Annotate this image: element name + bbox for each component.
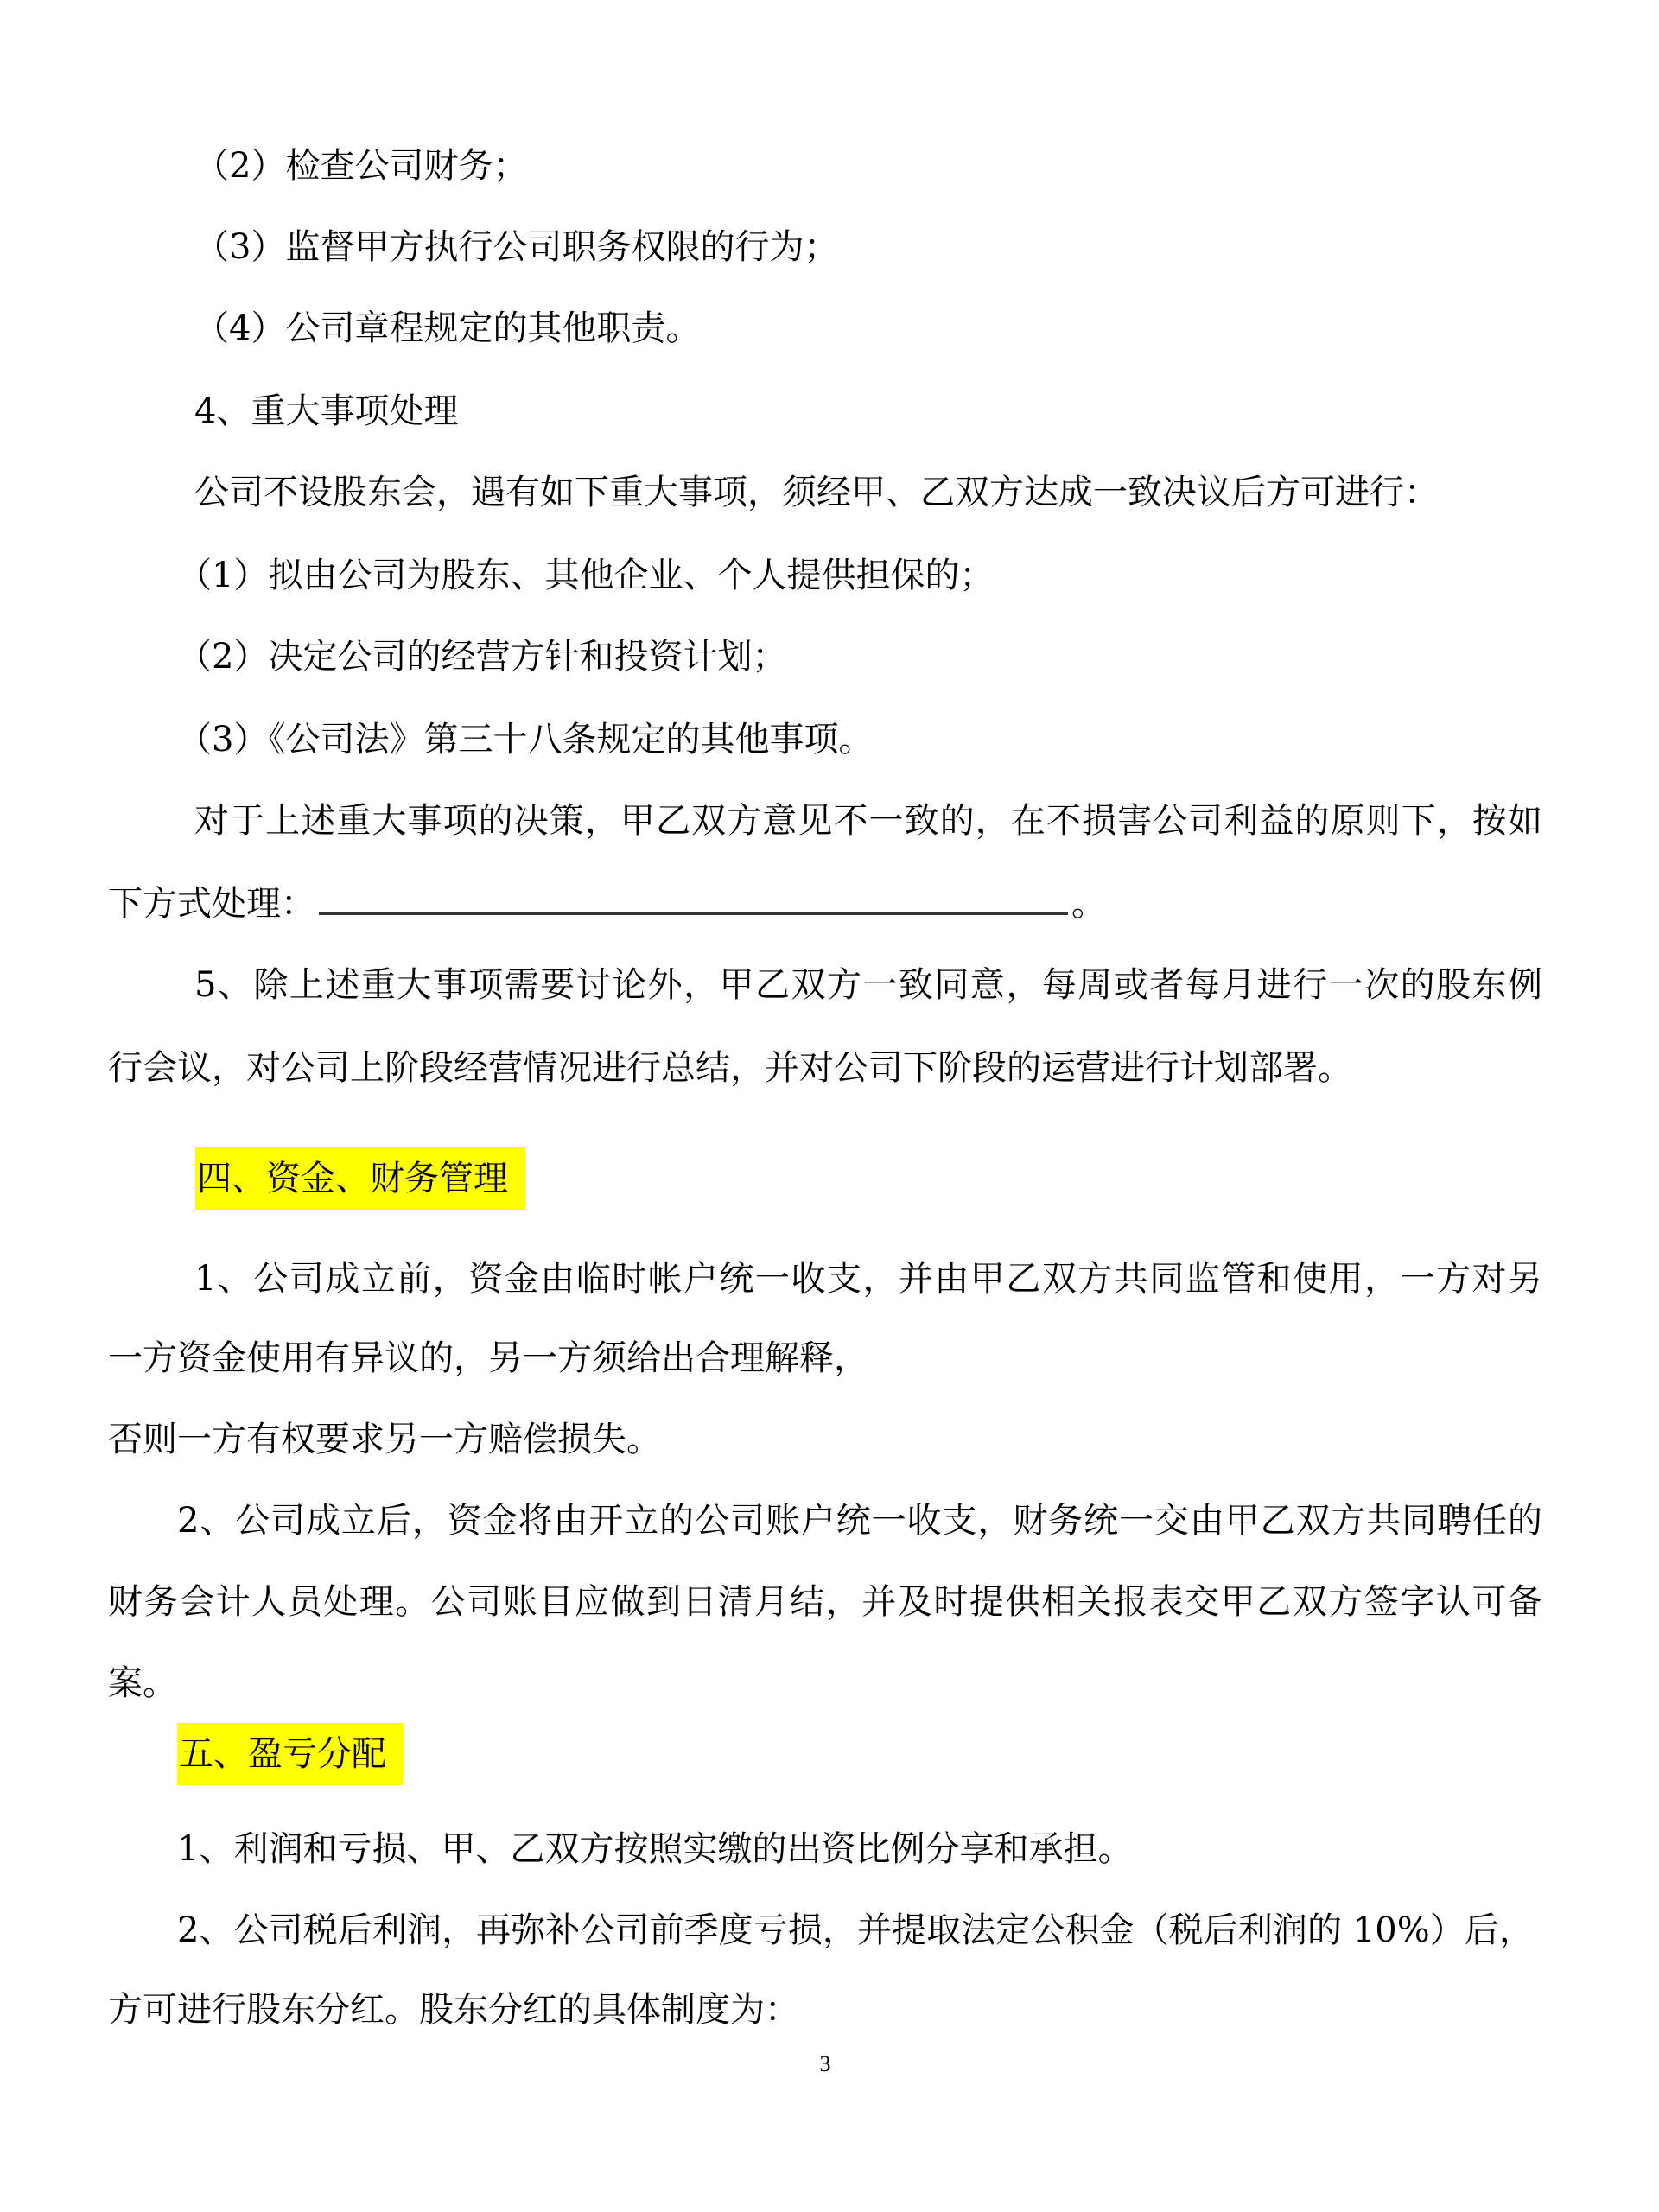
paragraph-text: 。 xyxy=(1071,884,1106,924)
list-item: （2）决定公司的经营方针和投资计划； xyxy=(177,636,786,677)
paragraph-line: 案。 xyxy=(108,1662,177,1704)
paragraph-line: （4）公司章程规定的其他职责。 xyxy=(194,308,700,349)
highlighted-heading: 五、盈亏分配 xyxy=(177,1723,404,1785)
paragraph-line: 否则一方有权要求另一方赔偿损失。 xyxy=(108,1419,661,1460)
paragraph-line: 2、公司税后利润，再弥补公司前季度亏损，并提取法定公积金（税后利润的 10%）后… xyxy=(177,1910,1534,1951)
paragraph-line: 公司不设股东会，遇有如下重大事项，须经甲、乙双方达成一致决议后方可进行： xyxy=(194,472,1439,513)
section-heading: 五、盈亏分配 xyxy=(177,1733,404,1775)
subsection-heading: 4、重大事项处理 xyxy=(194,391,458,432)
list-item: （3）《公司法》第三十八条规定的其他事项。 xyxy=(177,719,873,760)
paragraph-text: 下方式处理： xyxy=(108,884,315,924)
paragraph-line: 对于上述重大事项的决策，甲乙双方意见不一致的，在不损害公司利益的原则下，按如 xyxy=(194,800,1542,842)
section-heading: 四、资金、财务管理 xyxy=(195,1158,525,1199)
paragraph-line: 下方式处理：。 xyxy=(108,881,1106,925)
paragraph-line: （2）检查公司财务； xyxy=(194,145,527,187)
highlighted-heading: 四、资金、财务管理 xyxy=(195,1147,525,1210)
paragraph-line: 2、公司成立后，资金将由开立的公司账户统一收支，财务统一交由甲乙双方共同聘任的 xyxy=(177,1500,1542,1541)
paragraph-line: 方可进行股东分红。股东分红的具体制度为： xyxy=(108,1989,799,2031)
paragraph-line: （3）监督甲方执行公司职务权限的行为； xyxy=(194,226,838,268)
fill-in-blank[interactable] xyxy=(319,881,1068,915)
paragraph-line: 1、利润和亏损、甲、乙双方按照实缴的出资比例分享和承担。 xyxy=(177,1828,1132,1870)
list-item: （1）拟由公司为股东、其他企业、个人提供担保的； xyxy=(177,555,994,596)
paragraph-line: 1、公司成立前，资金由临时帐户统一收支，并由甲乙双方共同监管和使用，一方对另 xyxy=(194,1258,1542,1300)
paragraph-line: 5、除上述重大事项需要讨论外，甲乙双方一致同意，每周或者每月进行一次的股东例 xyxy=(194,964,1542,1006)
paragraph-line: 财务会计人员处理。公司账目应做到日清月结，并及时提供相关报表交甲乙双方签字认可备 xyxy=(108,1581,1542,1623)
page-number: 3 xyxy=(0,2051,1650,2077)
paragraph-line: 行会议，对公司上阶段经营情况进行总结，并对公司下阶段的运营进行计划部署。 xyxy=(108,1047,1352,1089)
paragraph-line: 一方资金使用有异议的，另一方须给出合理解释， xyxy=(108,1338,868,1379)
